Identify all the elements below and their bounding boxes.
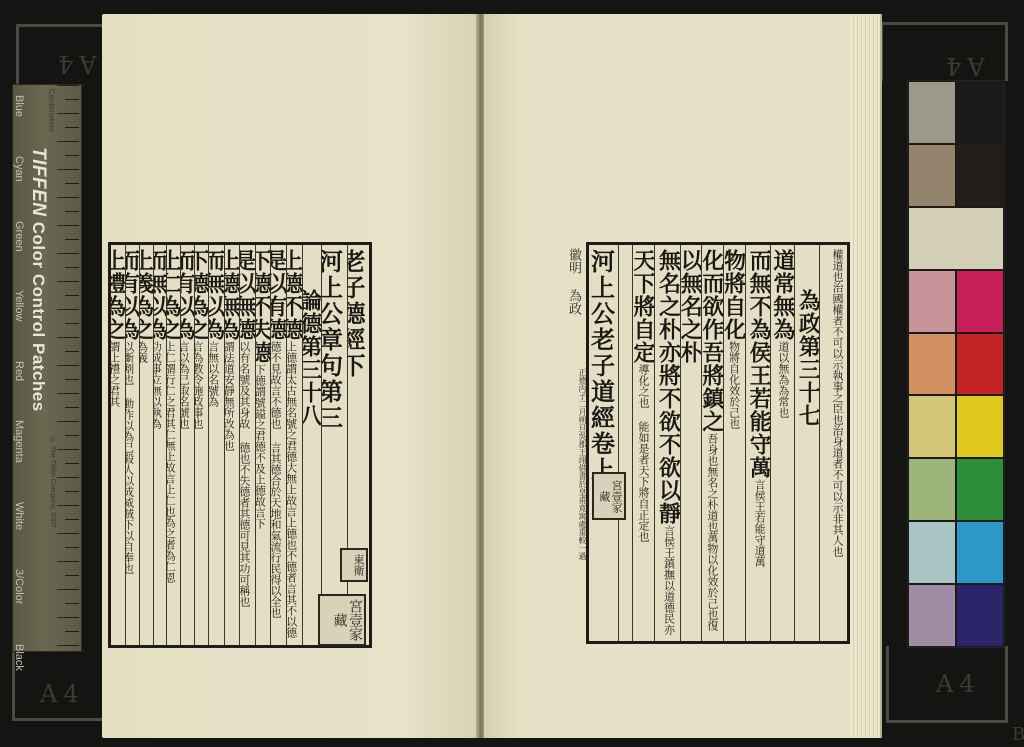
right_page-column: 為政第三十七 [794, 245, 820, 641]
ruler-label-magenta: Magenta [13, 420, 25, 463]
swatch-gray-light [908, 81, 956, 144]
left_page-column: 論德第三十八 [302, 245, 321, 645]
ruler-ticks-cm [65, 85, 79, 651]
tiffen-color-control-ruler: Centimeters Blue Cyan Green Yellow Red M… [12, 84, 82, 652]
column-commentary-text: 以有名號及其身故 德也不失德者其德可見其功可稱也 [239, 341, 251, 607]
column-main-text: 上德不德 [286, 249, 302, 341]
swatch-orange-light [908, 333, 956, 396]
column-commentary-text: 物將自化效於己也 [728, 341, 741, 429]
swatch-yellow [956, 395, 1004, 458]
ruler-label-yellow: Yellow [13, 290, 25, 321]
left_page-column: 是以有德德不見故言不德也 言其德合於天地和氣流行民得以全也 [270, 245, 286, 645]
column-commentary-text: 言無以名號為 [208, 341, 220, 407]
column-main-text: 無名之朴亦將不欲不欲以靜 [656, 249, 680, 525]
column-main-text: 而無不為侯王若能守萬 [746, 249, 770, 479]
margin-note-top: 徽明 為政 [564, 248, 583, 328]
column-commentary-text: 功成事立無以執為 [153, 341, 163, 429]
ruler-label-green: Green [13, 221, 25, 252]
swatch-cyan [956, 521, 1004, 584]
right_page-column: 權道也治國權者不可以示執事之臣也治身道者不可以示非其人也 [819, 245, 847, 641]
column-main-text: 下德不失德 [255, 249, 271, 364]
background-mark-a4-top-right: A4 [940, 52, 985, 80]
left-text-block: 老子德經下河上公章句第三論德第三十八上德不德上德謂太古無名號之君德大無上故言上德… [108, 242, 372, 648]
left_page-column: 上禮為之謂上禮之君其 [111, 245, 125, 645]
column-commentary-text: 言以為己取名號也 [180, 341, 190, 429]
column-title-text: 河上公老子道經卷上 [589, 249, 616, 483]
right_page-column: 以無名之朴 [680, 245, 702, 641]
ruler-label-red: Red [13, 361, 25, 381]
left_page-column: 而無以為言無以名號為 [208, 245, 224, 645]
column-main-text: 上禮為之 [111, 249, 125, 341]
swatch-violet-light [908, 584, 956, 647]
right_page-column: 化而欲作吾將鎮之吾身也無名之朴道也萬物以化效於己也復欲作巧偽者侯王當身鎮撫以道德… [701, 245, 723, 641]
ruler-label-3color: 3/Color [13, 569, 25, 604]
left_page-column: 下德不失德下德謂號謚之君德不及上德故言下 [255, 245, 271, 645]
right_page-column: 無名之朴亦將不欲不欲以靜言侯王鎮撫以道德民亦將不欲故當以清靜 [654, 245, 680, 641]
right_page-column: 河上公老子道經卷上 [589, 245, 619, 641]
swatch-white [908, 207, 1004, 270]
column-commentary-text: 言為教令施政事也 [194, 341, 204, 429]
right-text-block: 權道也治國權者不可以示執事之臣也治身道者不可以示非其人也為政第三十七道常無為道以… [586, 242, 850, 644]
column-main-text: 道常無為 [770, 249, 794, 341]
background-mark-a4-top-left: A4 [52, 50, 97, 78]
column-main-text: 而有以為 [180, 249, 194, 341]
column-main-text: 上德無為 [224, 249, 240, 341]
left_page-column: 而有以為言以為己取名號也 [180, 245, 194, 645]
ruler-label-white: White [13, 502, 25, 530]
column-title-text: 河上公章句第三 [321, 249, 344, 431]
swatch-cyan-light [908, 521, 956, 584]
ruler-copyright: © The Tiffen Company, 2007 [49, 437, 56, 528]
left_page-column: 上仁為之上仁謂行仁之君其仁無上故言上仁也為之者為仁恩 [166, 245, 180, 645]
left_page-column: 而無以為功成事立無以執為 [153, 245, 167, 645]
ruler-label-black: Black [13, 644, 25, 671]
right_page-column: 道常無為道以無為為常也 [770, 245, 794, 641]
right_page-column [618, 245, 632, 641]
left_page-column: 河上公章句第三 [321, 245, 347, 645]
ruler-brand: TIFFEN Color Control Patches [27, 147, 49, 412]
ruler-label-cyan: Cyan [13, 156, 25, 182]
column-commentary-text: 德不見故言不德也 言其德合於天地和氣流行民得以全也 [270, 341, 282, 618]
column-main-text: 是以無德 [239, 249, 255, 341]
background-mark-a4-bottom-right: A4 [936, 670, 981, 698]
right_page-column: 天下將自定導化之也 能如是者天下將自正定也 [632, 245, 654, 641]
left_page-column: 上德不德上德謂太古無名號之君德大無上故言上德也不德者言其不以德教民因循自然養人性… [286, 245, 302, 645]
ruler-product-name: Color Control Patches [29, 222, 48, 412]
column-main-text: 是以有德 [270, 249, 286, 341]
background-mark-a4-bottom-left: A4 [40, 680, 85, 708]
seal-left-large: 宮壹家藏 [318, 594, 366, 646]
seal-right: 宮壹家藏 [592, 472, 626, 520]
left_page-column: 上德無為謂法道安靜無所改為也 [224, 245, 240, 645]
ruler-label-blue: Blue [13, 95, 25, 117]
swatch-pink-light [908, 270, 956, 333]
right_page-column: 而無不為侯王若能守萬言侯王若能守道萬 [745, 245, 771, 641]
column-main-text: 物將自化 [723, 249, 745, 341]
swatch-blue [956, 584, 1004, 647]
column-main-text: 而有以為 [125, 249, 139, 341]
column-commentary-text: 謂法道安靜無所改為也 [224, 341, 236, 451]
margin-note-colophon: 正德丙子二月朔旦吳郡王翊借書於皇甫竟寓處重較一過 [564, 368, 586, 578]
column-heading-text: 為政第三十七 [795, 249, 819, 427]
column-commentary-text: 上仁謂行仁之君其仁無上故言上仁也為之者為仁恩 [166, 341, 176, 583]
column-commentary-text: 為義 [139, 341, 149, 363]
ruler-color-labels: Blue Cyan Green Yellow Red Magenta White… [13, 95, 25, 707]
tiffen-logo: TIFFEN [28, 147, 49, 217]
left_page-column: 上義為之為義 [139, 245, 153, 645]
ruler-unit-label: Centimeters [47, 89, 56, 132]
column-commentary-text: 言侯王若能守道萬 [753, 479, 766, 567]
column-main-text: 上義為之 [139, 249, 153, 341]
page-edges [850, 14, 882, 738]
swatch-green-light [908, 458, 956, 521]
column-title-text: 老子德經下 [347, 249, 366, 379]
column-main-text: 以無名之朴 [680, 249, 702, 364]
swatch-green [956, 458, 1004, 521]
swatch-black-2 [956, 144, 1004, 207]
right_page-column: 物將自化物將自化效於己也 [723, 245, 745, 641]
column-main-text: 上仁為之 [166, 249, 180, 341]
left_page-column: 而有以為以斷割也 動作以為己殺人以成威賊下以自奉也 [125, 245, 139, 645]
column-main-text: 化而欲作吾將鎮之 [701, 249, 723, 433]
background-mark-b: B [1012, 724, 1024, 745]
column-main-text: 而無以為 [153, 249, 167, 341]
swatch-tan [908, 144, 956, 207]
left_page-column: 下德為之言為教令施政事也 [194, 245, 208, 645]
ruler-ticks-inch [57, 85, 65, 651]
column-commentary-text: 道以無為為常也 [777, 341, 790, 418]
seal-text-1: 宮壹 [347, 599, 363, 627]
swatch-black-1 [956, 81, 1004, 144]
seal-left-small: 東衛 [340, 548, 368, 582]
column-main-text: 而無以為 [208, 249, 224, 341]
left_page-column: 是以無德以有名號及其身故 德也不失德者其德可見其功可稱也 [239, 245, 255, 645]
column-commentary-text: 權道也治國權者不可以示執事之臣也治身道者不可以示非其人也 [831, 249, 844, 557]
column-commentary-text: 謂上禮之君其 [111, 341, 121, 407]
column-commentary-text: 導化之也 能如是者天下將自正定也 [637, 364, 650, 542]
column-main-text: 下德為之 [194, 249, 208, 341]
swatch-red [956, 333, 1004, 396]
color-swatch-chart [907, 80, 1005, 648]
column-heading-text: 論德第三十八 [302, 249, 321, 427]
column-commentary-text: 以斷割也 動作以為己殺人以成威賊下以自奉也 [125, 341, 135, 574]
swatch-yellow-light [908, 395, 956, 458]
column-commentary-text: 下德謂號謚之君德不及上德故言下 [255, 364, 267, 529]
column-main-text: 天下將自定 [632, 249, 654, 364]
left_page-column: 老子德經下 [347, 245, 369, 645]
swatch-magenta [956, 270, 1004, 333]
